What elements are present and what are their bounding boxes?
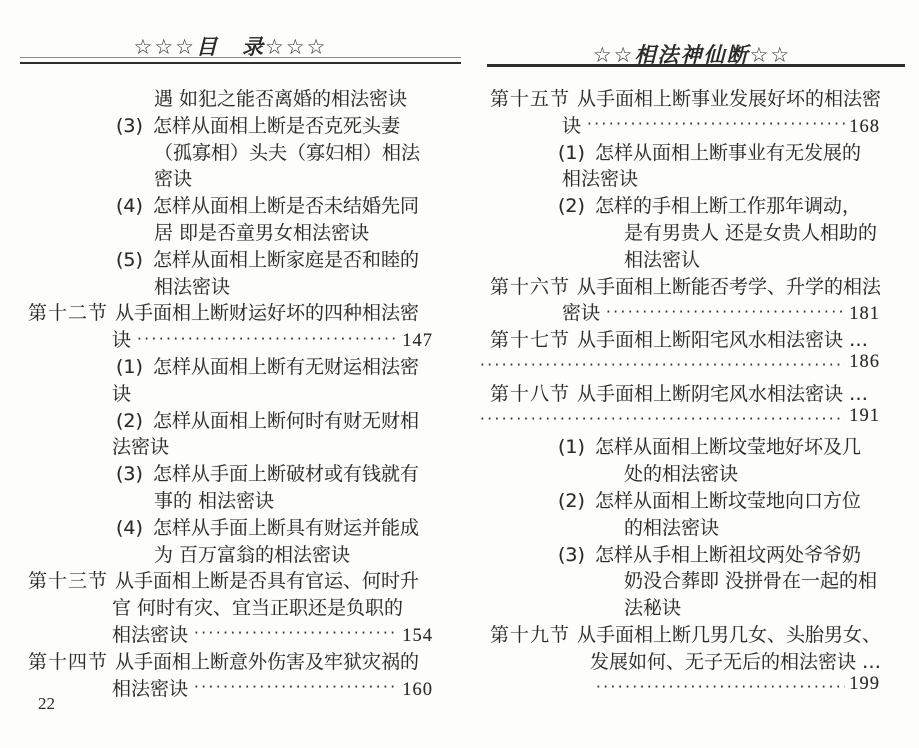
- toc-item-number: (5): [116, 249, 153, 271]
- toc-entry-text: 相法密诀: [112, 674, 188, 701]
- toc-line: (2)怎样的手相上断工作那年调动，: [490, 191, 880, 218]
- right-header-rule: [487, 64, 905, 67]
- toc-section-label: 第十六节: [490, 272, 577, 299]
- toc-line: 法密诀: [28, 432, 433, 459]
- toc-entry-text: 怎样从面相上断何时有财无财相: [153, 406, 419, 433]
- toc-entry-text: 相法密诀: [562, 164, 638, 191]
- toc-entry-text: 相法密诀: [112, 620, 188, 647]
- toc-line: 居 即是否童男女相法密诀: [28, 218, 433, 245]
- toc-entry-text: 怎样从面相上断事业有无发展的: [595, 138, 861, 165]
- toc-line: 奶没合葬即 没拼骨在一起的相: [490, 566, 880, 593]
- toc-entry-text: 诀: [562, 111, 581, 138]
- toc-line: (1)怎样从面相上断有无财运相法密: [28, 352, 433, 379]
- toc-entry-text: 相法密诀: [154, 272, 230, 299]
- dot-leader: ········································…: [480, 410, 845, 428]
- toc-page-number: 186: [849, 352, 880, 373]
- toc-line: ········································…: [474, 406, 880, 433]
- toc-line: 第十五节从手面相上断事业发展好坏的相法密: [490, 84, 880, 111]
- toc-line: 密诀: [28, 164, 433, 191]
- toc-page-number: 154: [402, 626, 433, 647]
- toc-entry-text: 怎样从手相上断祖坟两处爷爷奶: [595, 540, 861, 567]
- toc-entry-text: 处的相法密诀: [624, 459, 738, 486]
- toc-item-number: (1): [116, 356, 153, 378]
- toc-section-label: 第十四节: [28, 647, 115, 674]
- dot-leader: ········································…: [596, 678, 845, 696]
- toc-item-number: (4): [116, 517, 153, 539]
- toc-line: 相法密诀: [490, 164, 880, 191]
- toc-entry-text: 从手面相上断几男几女、头胎男女、: [577, 620, 880, 647]
- dot-leader: ········································…: [480, 356, 845, 374]
- toc-line: ········································…: [474, 352, 880, 379]
- dot-leader: ········································…: [137, 330, 398, 348]
- toc-entry-text: 为 百万富翁的相法密诀: [154, 540, 350, 567]
- right-toc-list: 第十五节从手面相上断事业发展好坏的相法密诀···················…: [490, 84, 880, 700]
- toc-entry-text: 事的 相法密诀: [154, 486, 274, 513]
- toc-line: (4)怎样从手面上断具有财运并能成: [28, 513, 433, 540]
- toc-entry-text: 是有男贵人 还是女贵人相助的: [624, 218, 877, 245]
- toc-entry-text: （孤寡相）头夫（寡妇相）相法: [154, 138, 420, 165]
- toc-line: 相法密诀····································…: [28, 674, 433, 701]
- toc-section-label: 第十五节: [490, 84, 577, 111]
- dot-leader: ········································…: [194, 624, 398, 642]
- toc-line: (3)怎样从面相上断是否克死头妻: [28, 111, 433, 138]
- toc-line: 是有男贵人 还是女贵人相助的: [490, 218, 880, 245]
- toc-section-label: 第十八节: [490, 379, 577, 406]
- toc-entry-text: 诀: [112, 325, 131, 352]
- toc-entry-text: 从手面相上断能否考学、升学的相法: [577, 272, 880, 299]
- toc-entry-text: 从手面相上断财运好坏的四种相法密: [115, 298, 419, 325]
- toc-line: (3)怎样从手相上断祖坟两处爷爷奶: [490, 540, 880, 567]
- left-toc-list: 遇 如犯之能否离婚的相法密诀(3)怎样从面相上断是否克死头妻（孤寡相）头夫（寡妇…: [28, 84, 433, 700]
- toc-section-label: 第十七节: [490, 325, 577, 352]
- toc-line: 第十七节从手面相上断阳宅风水相法密诀 …: [490, 325, 880, 352]
- toc-page-number: 199: [849, 674, 880, 695]
- toc-entry-text: 怎样从面相上断坟莹地好坏及几: [595, 432, 861, 459]
- toc-line: 诀: [28, 379, 433, 406]
- toc-line: 第十六节从手面相上断能否考学、升学的相法: [490, 272, 880, 299]
- toc-line: (2)怎样从面相上断坟莹地向口方位: [490, 486, 880, 513]
- toc-line: 第十九节从手面相上断几男几女、头胎男女、: [490, 620, 880, 647]
- toc-line: 第十二节从手面相上断财运好坏的四种相法密: [28, 298, 433, 325]
- toc-entry-text: 怎样从手面上断破材或有钱就有: [153, 459, 419, 486]
- toc-line: 处的相法密诀: [490, 459, 880, 486]
- toc-line: 相法密诀: [28, 272, 433, 299]
- left-page: ☆☆☆目 录☆☆☆ 遇 如犯之能否离婚的相法密诀(3)怎样从面相上断是否克死头妻…: [28, 0, 433, 748]
- toc-entry-text: 从手面相上断意外伤害及牢狱灾祸的: [115, 647, 419, 674]
- toc-entry-text: 怎样从面相上断家庭是否和睦的: [153, 245, 419, 272]
- toc-line: 事的 相法密诀: [28, 486, 433, 513]
- toc-entry-text: 诀: [112, 379, 131, 406]
- toc-line: ········································…: [490, 674, 880, 701]
- toc-item-number: (2): [558, 195, 595, 217]
- toc-page-number: 147: [402, 331, 433, 352]
- toc-line: （孤寡相）头夫（寡妇相）相法: [28, 138, 433, 165]
- toc-entry-text: 从手面相上断是否具有官运、何时升: [115, 566, 419, 593]
- toc-line: 诀·······································…: [490, 111, 880, 138]
- left-page-number: 22: [38, 694, 55, 714]
- toc-entry-text: 怎样从面相上断有无财运相法密: [153, 352, 419, 379]
- toc-line: 相法密诀····································…: [28, 620, 433, 647]
- toc-entry-text: 怎样从面相上断是否未结婚先同: [153, 191, 419, 218]
- dot-leader: ········································…: [194, 678, 398, 696]
- toc-line: 法秘诀: [490, 593, 880, 620]
- toc-page-number: 181: [849, 304, 880, 325]
- toc-entry-text: 怎样的手相上断工作那年调动，: [595, 191, 861, 218]
- toc-entry-text: 遇 如犯之能否离婚的相法密诀: [154, 84, 407, 111]
- toc-entry-text: 法密诀: [112, 432, 169, 459]
- toc-line: 密诀······································…: [490, 298, 880, 325]
- toc-entry-text: 发展如何、无子无后的相法密诀 …: [590, 647, 880, 674]
- toc-item-number: (1): [558, 142, 595, 164]
- right-page: ☆☆相法神仙断☆☆ 第十五节从手面相上断事业发展好坏的相法密诀·········…: [490, 0, 880, 748]
- toc-entry-text: 怎样从面相上断坟莹地向口方位: [595, 486, 861, 513]
- toc-item-number: (3): [116, 115, 153, 137]
- toc-section-label: 第十三节: [28, 566, 115, 593]
- toc-line: (4)怎样从面相上断是否未结婚先同: [28, 191, 433, 218]
- dot-leader: ········································…: [606, 303, 845, 321]
- toc-entry-text: 的相法密诀: [624, 513, 719, 540]
- toc-line: (5)怎样从面相上断家庭是否和睦的: [28, 245, 433, 272]
- toc-entry-text: 相法密认: [624, 245, 700, 272]
- toc-line: (1)怎样从面相上断坟莹地好坏及几: [490, 432, 880, 459]
- toc-entry-text: 从手面相上断事业发展好坏的相法密: [577, 84, 880, 111]
- toc-line: 第十八节从手面相上断阴宅风水相法密诀 …: [490, 379, 880, 406]
- toc-item-number: (4): [116, 195, 153, 217]
- toc-entry-text: 法秘诀: [624, 593, 681, 620]
- toc-line: 的相法密诀: [490, 513, 880, 540]
- toc-line: (1)怎样从面相上断事业有无发展的: [490, 138, 880, 165]
- toc-section-label: 第十二节: [28, 298, 115, 325]
- toc-entry-text: 从手面相上断阳宅风水相法密诀 …: [577, 325, 868, 352]
- toc-entry-text: 怎样从手面上断具有财运并能成: [153, 513, 419, 540]
- left-header-rule: [20, 57, 461, 64]
- toc-line: 发展如何、无子无后的相法密诀 …: [490, 647, 880, 674]
- toc-line: 诀·······································…: [28, 325, 433, 352]
- toc-line: (3)怎样从手面上断破材或有钱就有: [28, 459, 433, 486]
- toc-item-number: (2): [116, 410, 153, 432]
- toc-line: 第十四节从手面相上断意外伤害及牢狱灾祸的: [28, 647, 433, 674]
- toc-page-number: 168: [849, 117, 880, 138]
- toc-entry-text: 密诀: [562, 298, 600, 325]
- toc-item-number: (2): [558, 490, 595, 512]
- toc-entry-text: 居 即是否童男女相法密诀: [154, 218, 369, 245]
- toc-line: 相法密认: [490, 245, 880, 272]
- toc-line: 官 何时有灾、宜当正职还是负职的: [28, 593, 433, 620]
- toc-entry-text: 奶没合葬即 没拼骨在一起的相: [624, 566, 877, 593]
- toc-page-number: 191: [849, 406, 880, 427]
- toc-item-number: (3): [116, 463, 153, 485]
- book-spread: ☆☆☆目 录☆☆☆ 遇 如犯之能否离婚的相法密诀(3)怎样从面相上断是否克死头妻…: [0, 0, 919, 748]
- toc-item-number: (3): [558, 544, 595, 566]
- toc-item-number: (1): [558, 436, 595, 458]
- toc-entry-text: 怎样从面相上断是否克死头妻: [153, 111, 400, 138]
- toc-entry-text: 密诀: [154, 164, 192, 191]
- toc-entry-text: 从手面相上断阴宅风水相法密诀 …: [577, 379, 868, 406]
- toc-line: (2)怎样从面相上断何时有财无财相: [28, 406, 433, 433]
- toc-line: 为 百万富翁的相法密诀: [28, 540, 433, 567]
- toc-section-label: 第十九节: [490, 620, 577, 647]
- toc-line: 第十三节从手面相上断是否具有官运、何时升: [28, 566, 433, 593]
- toc-page-number: 160: [402, 680, 433, 701]
- toc-entry-text: 官 何时有灾、宜当正职还是负职的: [112, 593, 403, 620]
- dot-leader: ········································…: [587, 115, 845, 133]
- toc-line: 遇 如犯之能否离婚的相法密诀: [28, 84, 433, 111]
